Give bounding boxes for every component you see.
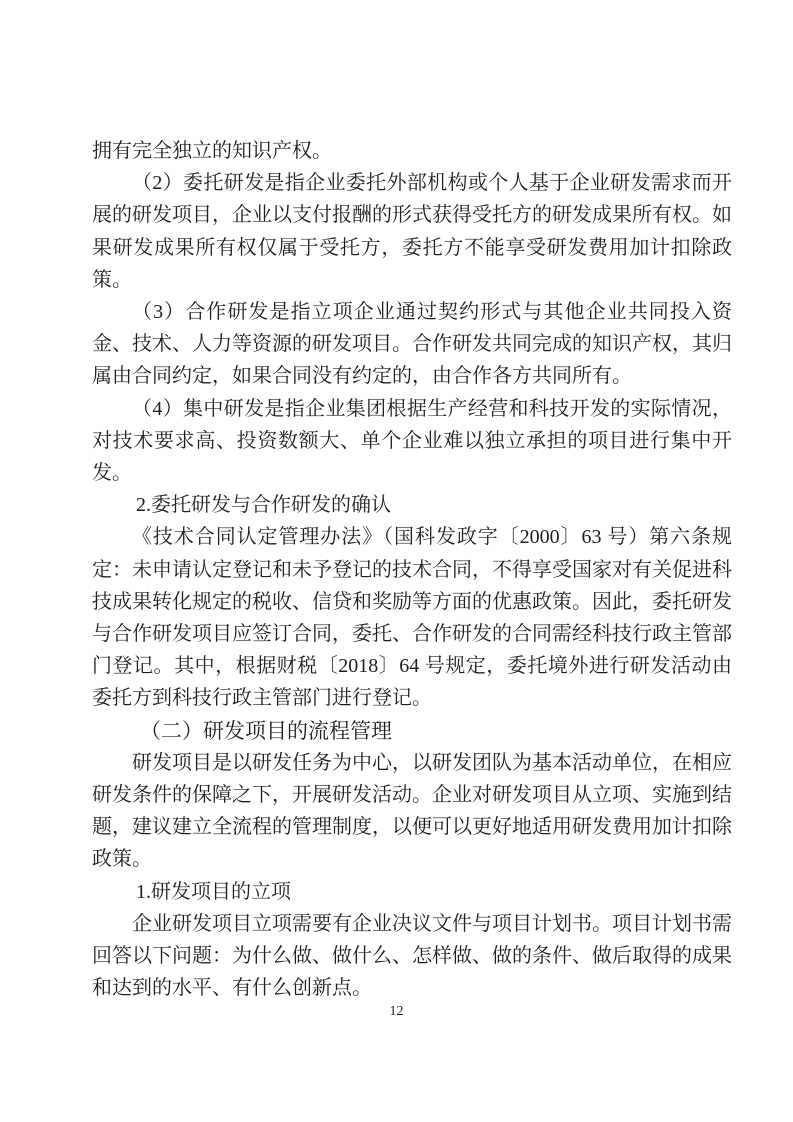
paragraph-centralized-rd-definition: （4）集中研发是指企业集团根据生产经营和科技开发的实际情况，对技术要求高、投资数… — [92, 393, 732, 490]
document-body: 拥有完全独立的知识产权。 （2）委托研发是指企业委托外部机构或个人基于企业研发需… — [92, 0, 732, 1004]
heading-entrusted-cooperative-rd-confirmation: 2.委托研发与合作研发的确认 — [92, 489, 732, 521]
paragraph-technical-contract-regulation: 《技术合同认定管理办法》（国科发政字〔2000〕63 号）第六条规定：未申请认定… — [92, 521, 732, 714]
section-heading-rd-project-process-management: （二）研发项目的流程管理 — [92, 715, 732, 747]
paragraph-rd-project-initiation-requirements: 企业研发项目立项需要有企业决议文件与项目计划书。项目计划书需回答以下问题：为什么… — [92, 908, 732, 1005]
paragraph-entrusted-rd-definition: （2）委托研发是指企业委托外部机构或个人基于企业研发需求而开展的研发项目，企业以… — [92, 167, 732, 296]
paragraph-continuation: 拥有完全独立的知识产权。 — [92, 135, 732, 167]
paragraph-cooperative-rd-definition: （3）合作研发是指立项企业通过契约形式与其他企业共同投入资金、技术、人力等资源的… — [92, 296, 732, 393]
page-number: 12 — [0, 1002, 793, 1022]
paragraph-rd-project-process: 研发项目是以研发任务为中心，以研发团队为基本活动单位，在相应研发条件的保障之下，… — [92, 747, 732, 876]
document-page: 拥有完全独立的知识产权。 （2）委托研发是指企业委托外部机构或个人基于企业研发需… — [0, 0, 793, 1122]
heading-rd-project-initiation: 1.研发项目的立项 — [92, 876, 732, 908]
